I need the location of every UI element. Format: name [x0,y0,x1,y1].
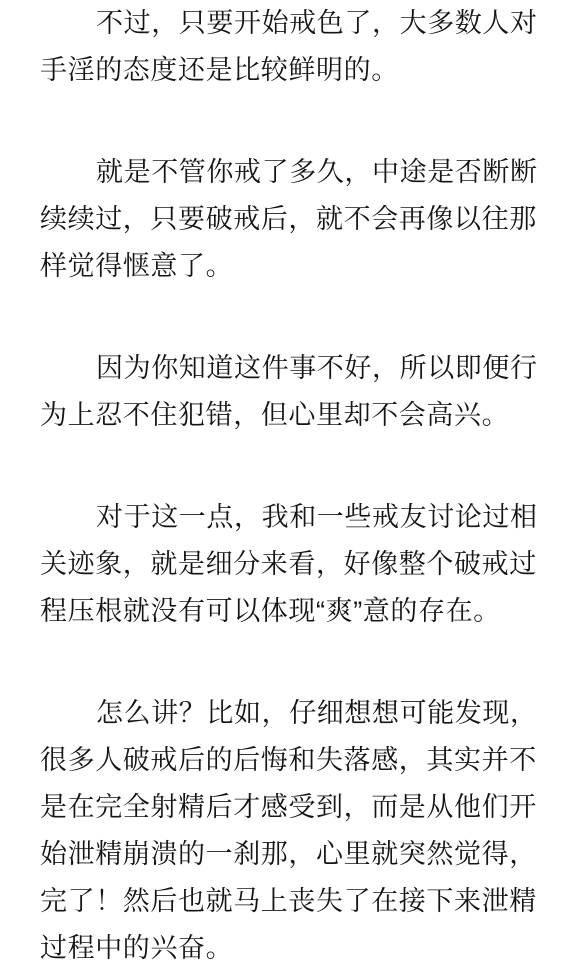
text-line: 对于这一点，我和一些戒友讨论过相 [40,494,542,541]
text-line: 就是不管你戒了多久，中途是否断断 [40,149,542,196]
text-line: 很多人破戒后的后悔和失落感，其实并不 [40,737,542,784]
text-line: 怎么讲？比如，仔细想想可能发现， [40,690,542,737]
paragraph-5: 怎么讲？比如，仔细想想可能发现， 很多人破戒后的后悔和失落感，其实并不 是在完全… [40,690,542,970]
text-line: 过程中的兴奋。 [40,925,542,970]
text-line: 续续过，只要破戒后，就不会再像以往那 [40,196,542,243]
text-line: 不过，只要开始戒色了，大多数人对 [40,0,542,47]
text-line: 手淫的态度还是比较鲜明的。 [40,47,542,94]
text-line: 关迹象，就是细分来看，好像整个破戒过 [40,541,542,588]
text-line: 因为你知道这件事不好，所以即便行 [40,345,542,392]
paragraph-3: 因为你知道这件事不好，所以即便行 为上忍不住犯错，但心里却不会高兴。 [40,345,542,439]
paragraph-2: 就是不管你戒了多久，中途是否断断 续续过，只要破戒后，就不会再像以往那 样觉得惬… [40,149,542,290]
text-line: 完了！然后也就马上丧失了在接下来泄精 [40,878,542,925]
text-line: 程压根就没有可以体现“爽”意的存在。 [40,588,542,635]
text-line: 为上忍不住犯错，但心里却不会高兴。 [40,392,542,439]
text-line: 始泄精崩溃的一刹那，心里就突然觉得， [40,831,542,878]
text-line: 样觉得惬意了。 [40,243,542,290]
paragraph-1: 不过，只要开始戒色了，大多数人对 手淫的态度还是比较鲜明的。 [40,0,542,94]
article-page: 不过，只要开始戒色了，大多数人对 手淫的态度还是比较鲜明的。 就是不管你戒了多久… [0,0,580,970]
paragraph-4: 对于这一点，我和一些戒友讨论过相 关迹象，就是细分来看，好像整个破戒过 程压根就… [40,494,542,635]
text-line: 是在完全射精后才感受到，而是从他们开 [40,784,542,831]
